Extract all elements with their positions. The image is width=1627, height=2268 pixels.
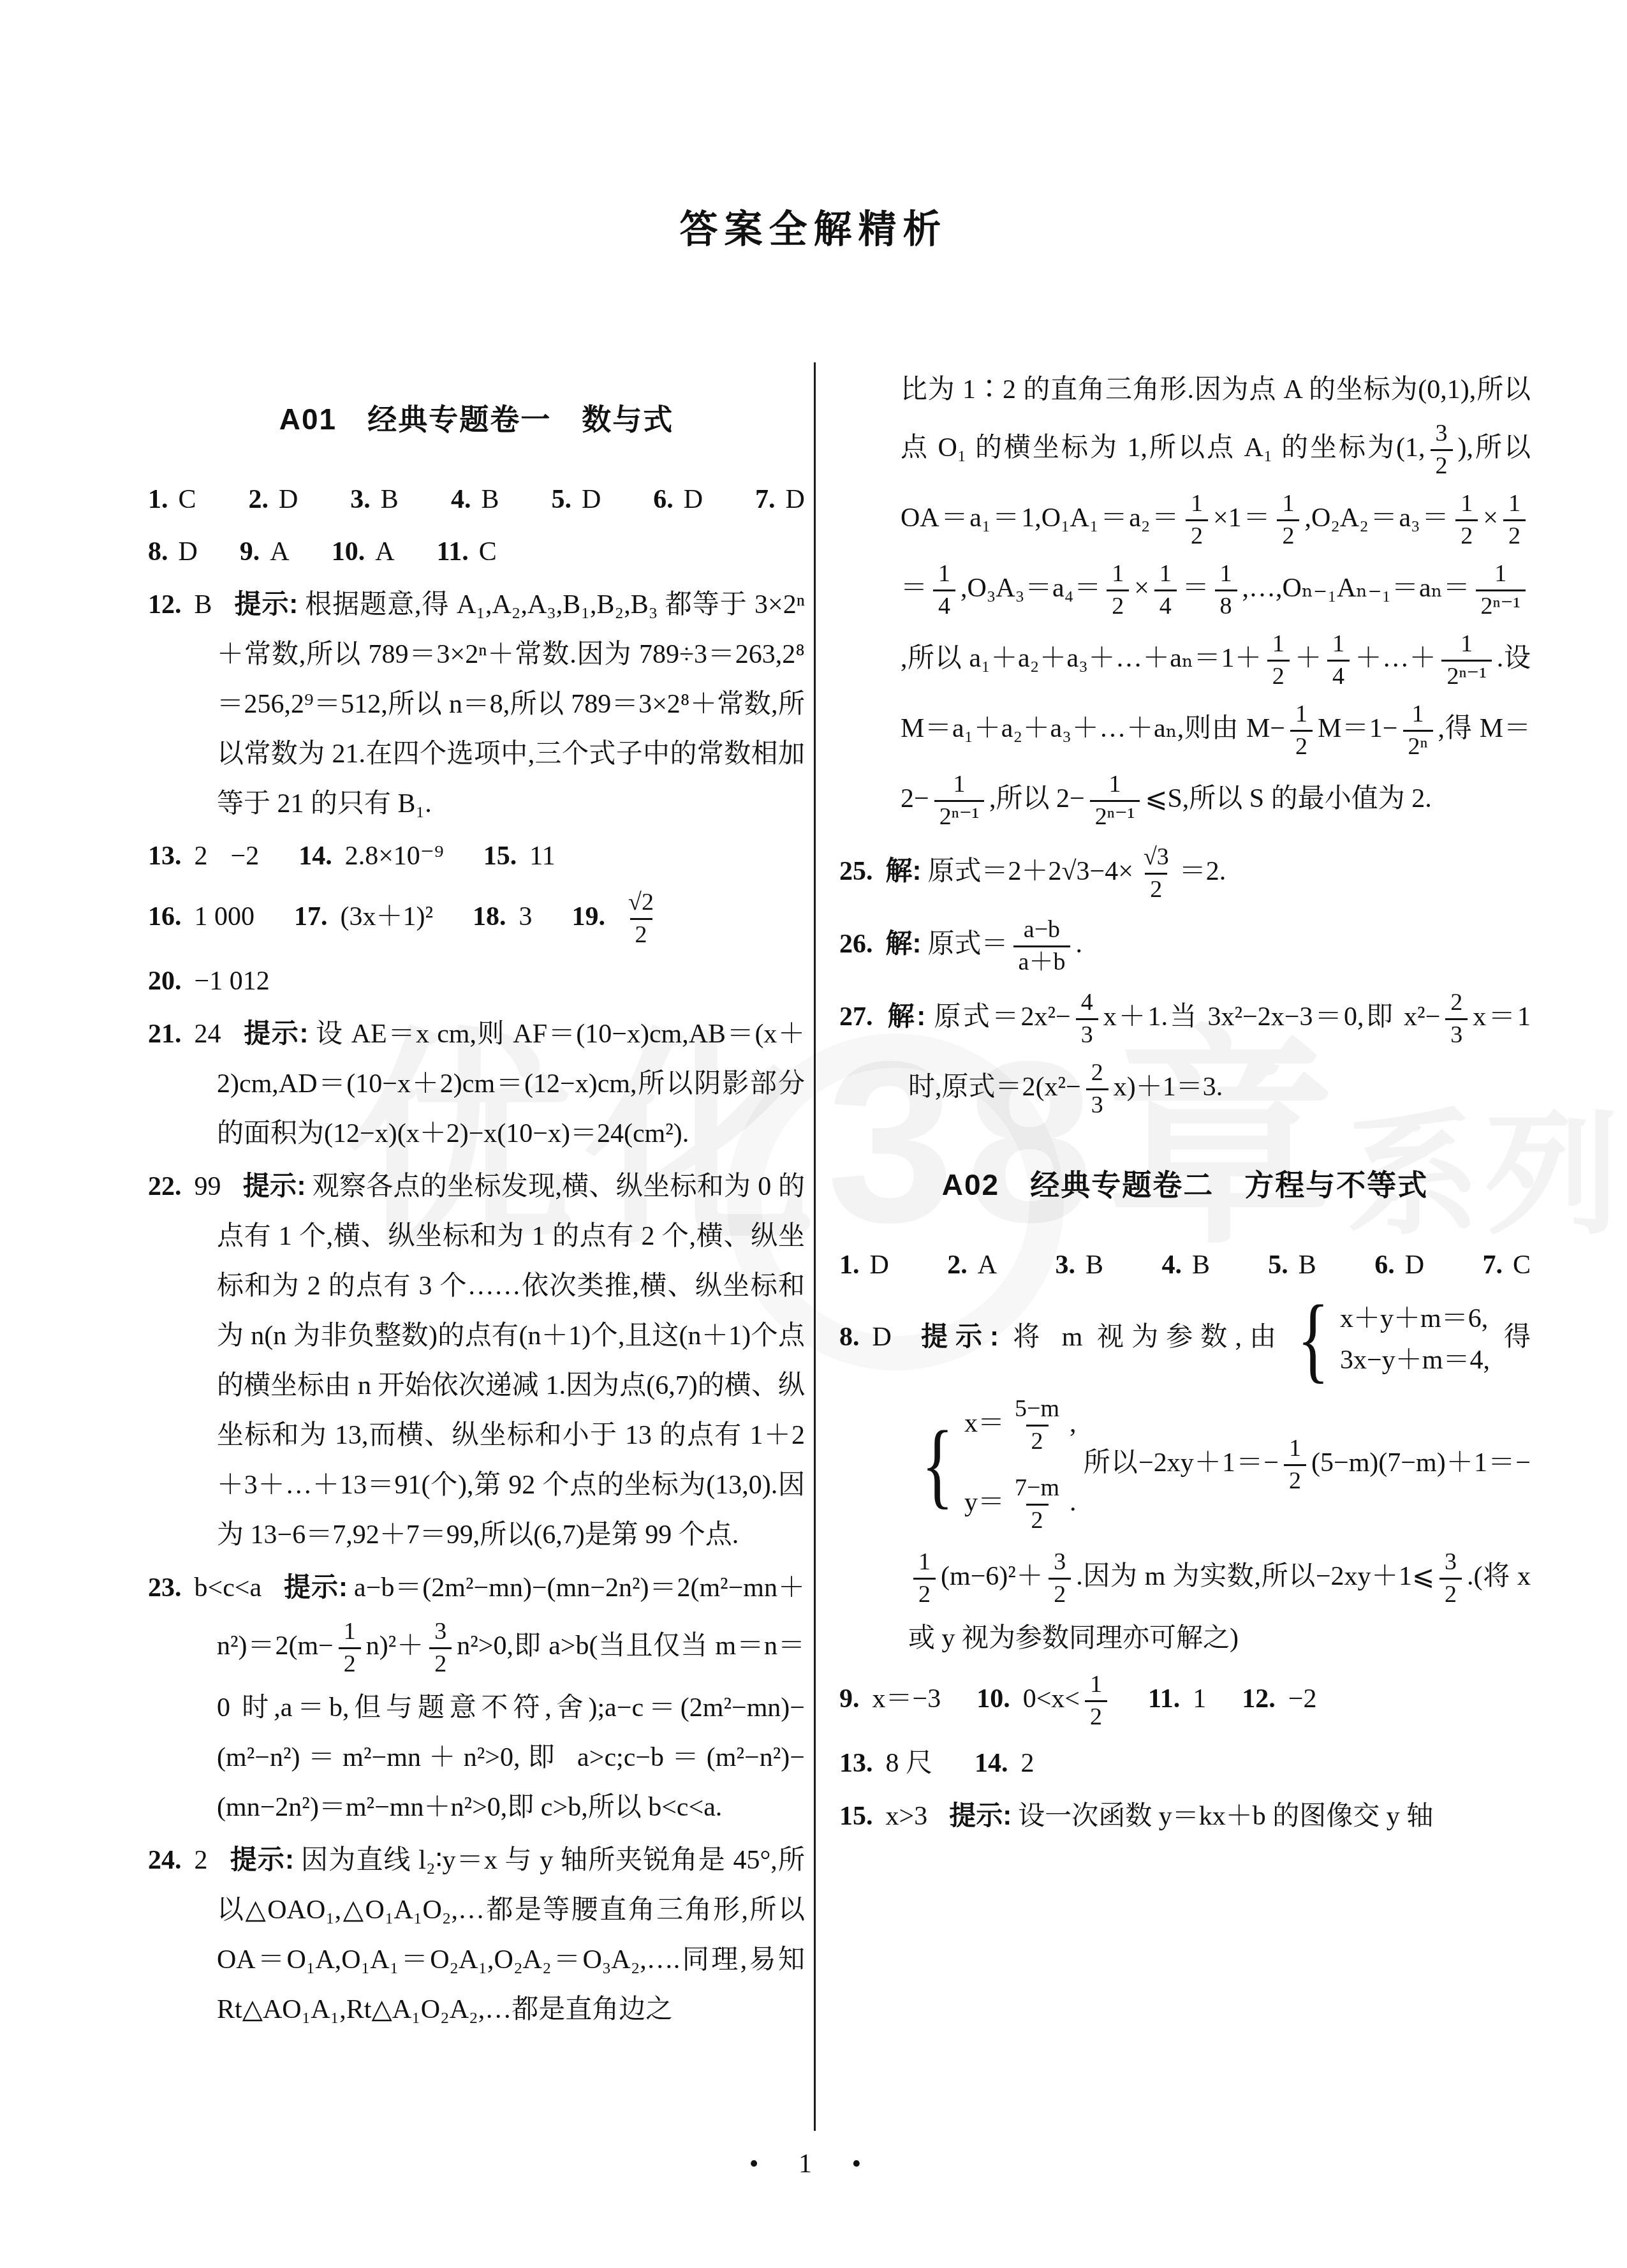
- item-number: 26.: [839, 930, 886, 959]
- answer-value: B: [1192, 1250, 1210, 1280]
- answer-pair: 1.D: [839, 1240, 889, 1290]
- text-run: ＋: [1295, 644, 1322, 673]
- answers-row-a02-1-7: 1.D2.A3.B4.B5.B6.D7.C: [839, 1240, 1531, 1290]
- fraction: 12: [1503, 489, 1526, 551]
- gap: [254, 924, 294, 925]
- text-run: ＝: [1182, 574, 1210, 603]
- fraction-denominator: 4: [933, 589, 955, 622]
- gap: [208, 1868, 230, 1869]
- fraction-denominator: 2ⁿ⁻¹: [934, 800, 984, 833]
- text-run: ,O₃A₃＝a₄＝: [961, 574, 1101, 603]
- text-run: x＋1.当 3x²−2x−3＝0,即 x²−: [1103, 1002, 1441, 1032]
- fraction: 12ⁿ⁻¹: [1090, 769, 1140, 832]
- item-25: 25.解:原式＝2＋2√3−4×√32＝2.: [839, 838, 1531, 908]
- text-run: 原式＝: [928, 930, 1008, 959]
- answer-pair: 10.A: [332, 537, 395, 567]
- item-number: 17.: [294, 902, 341, 931]
- fraction: √22: [623, 887, 659, 950]
- equation-rows: x＋y＋m＝6,3x−y＋m＝4,: [1340, 1303, 1490, 1376]
- fraction: 12: [1455, 489, 1478, 551]
- equation-row: x＋y＋m＝6,: [1340, 1303, 1490, 1335]
- fraction-denominator: 2: [429, 1647, 452, 1680]
- text-run: ＋…＋: [1355, 644, 1437, 673]
- answer-pair: 5.D: [551, 475, 601, 524]
- fraction-numerator: 4: [1076, 988, 1098, 1018]
- text-run: (3x＋1)²: [341, 902, 434, 931]
- gap: [221, 1042, 243, 1042]
- fraction-numerator: √2: [623, 887, 659, 918]
- text-run: ,O₂A₂＝a₃＝: [1304, 503, 1450, 533]
- fraction-denominator: 8: [1215, 589, 1237, 622]
- text-run: 原式＝2x²−: [932, 1002, 1071, 1032]
- fraction-denominator: 2: [1049, 1578, 1071, 1610]
- answer-pair: 9.A: [240, 537, 290, 567]
- item-21: 21.24提示:设 AE＝x cm,则 AF＝(10−x)cm,AB＝(x＋2)…: [148, 1009, 805, 1159]
- text-run: ,…,Oₙ₋₁Aₙ₋₁＝aₙ＝: [1242, 574, 1471, 603]
- fraction: 12: [1277, 489, 1299, 551]
- item-number: 22.: [148, 1172, 195, 1201]
- fraction-numerator: 3: [429, 1617, 452, 1647]
- answers-row-8-11: 8.D9.A10.A11.C: [148, 527, 805, 577]
- item-number: 19.: [572, 902, 619, 931]
- answer-pair: 7.D: [755, 475, 805, 524]
- text-run: ,所以 2−: [989, 784, 1085, 813]
- item-number: 20.: [148, 967, 195, 996]
- fraction: 32: [429, 1617, 452, 1679]
- text-run: ×: [1483, 503, 1498, 533]
- item-number: 2.: [249, 485, 279, 514]
- text-run: 2: [195, 1846, 208, 1875]
- fraction-denominator: 2ⁿ: [1403, 730, 1433, 762]
- fraction-numerator: 1: [948, 769, 970, 800]
- text-run: x＝: [964, 1409, 1005, 1438]
- section-heading-a01: A01 经典专题卷一 数与式: [148, 394, 805, 444]
- answers-row-1-7: 1.C2.D3.B4.B5.D6.D7.D: [148, 475, 805, 524]
- fraction: 12: [1085, 1670, 1107, 1732]
- text-run: 所以−2xy＋1＝−: [1083, 1448, 1279, 1478]
- fraction-numerator: 1: [1455, 489, 1478, 519]
- fraction-numerator: 1: [1503, 489, 1526, 519]
- answer-value: D: [582, 485, 601, 514]
- fraction: 43: [1076, 988, 1098, 1050]
- text-run: 3x−y＋m＝4,: [1340, 1345, 1490, 1375]
- answer-value: D: [1405, 1250, 1424, 1280]
- gap: [208, 864, 231, 864]
- hint-label: 提示:: [243, 1018, 315, 1048]
- text-run: 观察各点的坐标发现,横、纵坐标和为 0 的点有 1 个,横、纵坐标和为 1 的点…: [217, 1172, 805, 1550]
- fraction-numerator: 1: [933, 559, 955, 589]
- answers-row-20: 20.−1 012: [148, 956, 805, 1006]
- fraction-numerator: √3: [1138, 842, 1174, 873]
- text-run: 将 m 视为参数,由: [1005, 1323, 1284, 1352]
- item-number: 10.: [976, 1684, 1023, 1714]
- item-24: 24.2提示:因为直线 l₂∶y＝x 与 y 轴所夹锐角是 45°,所以△OAO…: [148, 1835, 805, 2035]
- text-run: ×: [1134, 574, 1149, 603]
- answer-pair: 1.C: [148, 475, 196, 524]
- item-number: 5.: [1268, 1250, 1299, 1280]
- text-run: ＝: [901, 574, 928, 603]
- section-heading-a02: A02 经典专题卷二 方程与不等式: [839, 1160, 1531, 1210]
- equation-row: 3x−y＋m＝4,: [1340, 1344, 1490, 1376]
- text-run: (5−m)(7−m)＋1＝−: [1311, 1448, 1531, 1478]
- item-27: 27.解:原式＝2x²−43x＋1.当 3x²−2x−3＝0,即 x²−23x＝…: [839, 984, 1531, 1124]
- fraction-numerator: 5−m: [1010, 1394, 1064, 1425]
- page-title: 答案全解精析: [0, 199, 1627, 254]
- fraction-numerator: 1: [1107, 559, 1129, 589]
- fraction-denominator: 2ⁿ⁻¹: [1090, 800, 1140, 833]
- item-number: 2.: [947, 1250, 978, 1280]
- fraction: 14: [1154, 559, 1177, 621]
- item-12: 12.B提示:根据题意,得 A₁,A₂,A₃,B₁,B₂,B₃ 都等于 3×2ⁿ…: [148, 579, 805, 829]
- answer-page: 答案全解精析 优化38章系列 A01 经典专题卷一 数与式 1.C2.D3.B4…: [0, 0, 1627, 2268]
- answer-value: A: [978, 1250, 997, 1280]
- item-number: 8.: [839, 1323, 872, 1352]
- item-number: 3.: [1055, 1250, 1086, 1280]
- text-run: 8 尺: [886, 1749, 933, 1778]
- answers-row-13-15: 13.2−214.2.8×10⁻⁹15.11: [148, 831, 805, 881]
- fraction: 12ⁿ⁻¹: [1476, 559, 1526, 621]
- text-run: 原式＝2＋2√3−4×: [928, 857, 1133, 886]
- text-run: −1 012: [195, 967, 270, 996]
- answers-row-9-12: 9.x＝−310.0<x<1211.112.−2: [839, 1666, 1531, 1736]
- fraction-numerator: 1: [1267, 629, 1290, 660]
- fraction: 12: [913, 1547, 936, 1610]
- item-number: 12.: [148, 590, 195, 619]
- item-number: 1.: [839, 1250, 870, 1280]
- fraction-denominator: 2: [1145, 873, 1167, 905]
- gap: [1112, 1707, 1148, 1707]
- fraction-numerator: 1: [1085, 1670, 1107, 1700]
- answers-row-13-14: 13.8 尺14.2: [839, 1738, 1531, 1788]
- text-run: 99: [195, 1172, 221, 1201]
- item-number: 15.: [483, 841, 530, 871]
- item-number: 5.: [551, 485, 582, 514]
- item-15: 15.x>3提示:设一次函数 y＝kx＋b 的图像交 y 轴: [839, 1791, 1531, 1841]
- text-run: 24: [195, 1019, 221, 1049]
- item-number: 6.: [1374, 1250, 1405, 1280]
- equation-row: x＝5−m2,: [964, 1390, 1077, 1460]
- answer-pair: 7.C: [1482, 1240, 1531, 1290]
- item-number: 8.: [148, 537, 179, 567]
- fraction: 32: [1439, 1547, 1462, 1610]
- item-number: 9.: [240, 537, 270, 567]
- fraction: 12: [1267, 629, 1290, 692]
- text-run: 3: [519, 902, 533, 931]
- fraction: a−ba＋b: [1013, 915, 1071, 977]
- fraction-numerator: 1: [1186, 489, 1208, 519]
- hint-label: 提示:: [949, 1800, 1018, 1830]
- fraction-numerator: 3: [1049, 1547, 1071, 1578]
- fraction: 12: [1290, 699, 1313, 762]
- item-number: 4.: [451, 485, 482, 514]
- text-run: x>3: [886, 1802, 928, 1831]
- item-number: 14.: [298, 841, 345, 871]
- text-run: 2: [1021, 1749, 1034, 1778]
- item-number: 25.: [839, 857, 886, 886]
- item-number: 13.: [148, 841, 195, 871]
- text-run: 1: [1193, 1684, 1206, 1714]
- column-divider: [814, 362, 816, 2131]
- fraction: 14: [933, 559, 955, 621]
- answer-pair: 8.D: [148, 537, 198, 567]
- text-run: ×1＝: [1213, 503, 1272, 533]
- gap: [941, 1707, 976, 1707]
- gap: [927, 1824, 949, 1825]
- gap: [1206, 1707, 1242, 1707]
- answer-pair: 11.C: [437, 537, 497, 567]
- equation-system: {x＋y＋m＝6,3x−y＋m＝4,: [1290, 1296, 1490, 1382]
- text-run: x＋y＋m＝6,: [1340, 1304, 1488, 1333]
- equation-rows: x＝5−m2,y＝7−m2.: [964, 1390, 1077, 1539]
- fraction-denominator: 2: [1290, 730, 1313, 762]
- text-run: .: [1075, 930, 1082, 959]
- item-26: 26.解:原式＝a−ba＋b.: [839, 911, 1531, 981]
- text-run: b<c<a: [195, 1573, 262, 1603]
- fraction: 12: [339, 1617, 361, 1679]
- fraction-numerator: 1: [1215, 559, 1237, 589]
- fraction-numerator: 3: [1431, 419, 1453, 449]
- fraction-denominator: 2: [630, 918, 652, 951]
- gap: [444, 864, 483, 864]
- answer-pair: 3.B: [1055, 1240, 1103, 1290]
- fraction-numerator: 1: [1284, 1434, 1306, 1464]
- answer-value: C: [1513, 1250, 1531, 1280]
- item-number: 21.: [148, 1019, 195, 1049]
- left-brace: {: [1297, 1296, 1329, 1382]
- fraction-denominator: 2: [1439, 1578, 1462, 1610]
- item-number: 4.: [1161, 1250, 1192, 1280]
- item-number: 7.: [1482, 1250, 1513, 1280]
- text-run: y＝: [964, 1488, 1005, 1517]
- item-number: 11.: [1148, 1684, 1193, 1714]
- text-run: M＝1−: [1318, 714, 1398, 743]
- gap: [533, 924, 572, 925]
- text-run: 0<x<: [1023, 1684, 1080, 1714]
- fraction: 12ⁿ: [1403, 699, 1433, 762]
- fraction-denominator: 2: [913, 1578, 936, 1610]
- text-run: 设一次函数 y＝kx＋b 的图像交 y 轴: [1018, 1802, 1433, 1831]
- fraction-denominator: 2: [1085, 1700, 1107, 1733]
- left-brace: {: [922, 1422, 953, 1508]
- item-number: 7.: [755, 485, 786, 514]
- item-number: 15.: [839, 1802, 886, 1831]
- fraction-denominator: 3: [1445, 1018, 1468, 1051]
- text-run: x＝−3: [872, 1684, 941, 1714]
- answer-value: A: [270, 537, 289, 567]
- item-number: 24.: [148, 1846, 195, 1875]
- item-number: 1.: [148, 485, 179, 514]
- answer-value: D: [786, 485, 805, 514]
- text-run: −2: [1288, 1684, 1317, 1714]
- fraction-denominator: 2: [1026, 1425, 1049, 1457]
- equation-row: y＝7−m2.: [964, 1469, 1077, 1539]
- answer-value: B: [481, 485, 499, 514]
- text-run: ,: [1070, 1409, 1077, 1438]
- text-run: −2: [231, 841, 260, 871]
- fraction-numerator: 1: [1455, 629, 1478, 660]
- item-number: 9.: [839, 1684, 872, 1714]
- answers-row-16-19: 16.1 00017.(3x＋1)²18.319.√22: [148, 884, 805, 954]
- item-number: 12.: [1242, 1684, 1288, 1714]
- text-run: x)＋1＝3.: [1114, 1072, 1223, 1102]
- answer-value: C: [179, 485, 196, 514]
- text-run: B: [195, 590, 212, 619]
- fraction: 12ⁿ⁻¹: [1441, 629, 1491, 692]
- text-run: 2.8×10⁻⁹: [345, 841, 444, 871]
- fraction: 12: [1107, 559, 1129, 621]
- hint-label: 提示:: [913, 1321, 1005, 1351]
- fraction-numerator: 2: [1086, 1058, 1108, 1088]
- gap: [259, 864, 298, 864]
- fraction: 12: [1186, 489, 1208, 551]
- gap: [932, 1771, 975, 1772]
- gap: [433, 924, 473, 925]
- fraction-numerator: 1: [1327, 629, 1350, 660]
- solution-label: 解:: [886, 1001, 932, 1031]
- hint-label: 提示:: [234, 589, 305, 619]
- fraction-numerator: 1: [1104, 769, 1126, 800]
- answer-pair: 6.D: [653, 475, 703, 524]
- equation-system: {x＝5−m2,y＝7−m2.: [915, 1390, 1077, 1539]
- item-number: 18.: [473, 902, 519, 931]
- text-run: (m−6)²＋: [941, 1562, 1043, 1591]
- item-number: 14.: [975, 1749, 1021, 1778]
- text-run: 根据题意,得 A₁,A₂,A₃,B₁,B₂,B₃ 都等于 3×2ⁿ＋常数,所以 …: [217, 590, 805, 819]
- fraction: 7−m2: [1010, 1473, 1064, 1536]
- text-run: ⩽S,所以 S 的最小值为 2.: [1145, 784, 1431, 813]
- item-number: 3.: [350, 485, 381, 514]
- fraction-denominator: a＋b: [1013, 945, 1071, 978]
- hint-label: 提示:: [283, 1572, 354, 1602]
- answer-value: D: [684, 485, 703, 514]
- item-number: 10.: [332, 537, 376, 567]
- answer-pair: 6.D: [1374, 1240, 1424, 1290]
- solution-label: 解:: [886, 856, 928, 886]
- fraction: 23: [1086, 1058, 1108, 1120]
- fraction-numerator: 7−m: [1010, 1473, 1064, 1504]
- item-22: 22.99提示:观察各点的坐标发现,横、纵坐标和为 0 的点有 1 个,横、纵坐…: [148, 1161, 805, 1560]
- item-23: 23.b<c<a提示:a−b＝(2m²−mn)−(mn−2n²)＝2(m²−mn…: [148, 1562, 805, 1832]
- item-number: 23.: [148, 1573, 195, 1603]
- answer-pair: 2.D: [249, 475, 298, 524]
- answer-value: B: [1086, 1250, 1103, 1280]
- fraction: √32: [1138, 842, 1174, 905]
- fraction-numerator: 3: [1439, 1547, 1462, 1578]
- fraction: 12: [1284, 1434, 1306, 1496]
- fraction-denominator: 2ⁿ⁻¹: [1441, 660, 1491, 692]
- gap: [892, 1345, 913, 1345]
- hint-label: 提示:: [230, 1844, 300, 1874]
- answer-value: D: [279, 485, 298, 514]
- answer-value: B: [1299, 1250, 1316, 1280]
- answer-pair: 2.A: [947, 1240, 997, 1290]
- solution-label: 解:: [886, 928, 928, 958]
- hint-label: 提示:: [243, 1171, 313, 1201]
- fraction-denominator: 4: [1327, 660, 1350, 692]
- item-number: 13.: [839, 1749, 886, 1778]
- item-number: 11.: [437, 537, 479, 567]
- fraction-numerator: 1: [1277, 489, 1299, 519]
- fraction-denominator: 2: [1107, 589, 1129, 622]
- text-run: ,所以 a₁＋a₂＋a₃＋…＋aₙ＝1＋: [901, 644, 1262, 673]
- item-8: 8.D提示:将 m 视为参数,由{x＋y＋m＝6,3x−y＋m＝4,得{x＝5−…: [839, 1293, 1531, 1663]
- fraction-numerator: 1: [1154, 559, 1177, 589]
- answer-pair: 5.B: [1268, 1240, 1316, 1290]
- fraction: 5−m2: [1010, 1394, 1064, 1456]
- text-run: 1 000: [195, 902, 255, 931]
- fraction-denominator: 2: [1026, 1504, 1049, 1536]
- fraction-numerator: 2: [1445, 988, 1468, 1018]
- answer-value: B: [381, 485, 399, 514]
- text-run: 11: [529, 841, 555, 871]
- item-24-continuation: 比为 1∶2 的直角三角形.因为点 A 的坐标为(0,1),所以点 O₁ 的横坐…: [839, 365, 1531, 836]
- answer-value: D: [870, 1250, 889, 1280]
- item-number: 27.: [839, 1002, 886, 1032]
- fraction-denominator: 3: [1086, 1088, 1108, 1121]
- page-number: • 1 •: [0, 2149, 1627, 2179]
- text-run: n)²＋: [366, 1631, 424, 1661]
- fraction-denominator: 2: [1186, 519, 1208, 552]
- right-column: 比为 1∶2 的直角三角形.因为点 A 的坐标为(0,1),所以点 O₁ 的横坐…: [839, 365, 1531, 1844]
- fraction-denominator: 2: [1277, 519, 1299, 552]
- text-run: .因为 m 为实数,所以−2xy＋1⩽: [1076, 1562, 1434, 1591]
- fraction-numerator: a−b: [1019, 915, 1065, 945]
- answer-value: D: [179, 537, 198, 567]
- item-number: 16.: [148, 902, 195, 931]
- fraction-denominator: 2: [1503, 519, 1526, 552]
- fraction: 18: [1215, 559, 1237, 621]
- fraction-numerator: 1: [1290, 699, 1313, 730]
- answer-pair: 4.B: [451, 475, 499, 524]
- text-run: 2: [195, 841, 208, 871]
- fraction-numerator: 1: [1407, 699, 1429, 730]
- fraction-denominator: 3: [1076, 1018, 1098, 1051]
- fraction: 32: [1431, 419, 1453, 481]
- fraction-denominator: 2: [1455, 519, 1478, 552]
- answer-value: C: [479, 537, 497, 567]
- fraction-denominator: 2: [339, 1647, 361, 1680]
- text-run: ＝2.: [1179, 857, 1226, 886]
- fraction-denominator: 4: [1154, 589, 1177, 622]
- answer-pair: 4.B: [1161, 1240, 1210, 1290]
- answer-pair: 3.B: [350, 475, 399, 524]
- gap: [212, 612, 234, 613]
- fraction: 23: [1445, 988, 1468, 1050]
- item-number: 6.: [653, 485, 684, 514]
- gap: [261, 1596, 283, 1596]
- fraction: 14: [1327, 629, 1350, 692]
- text-run: 因为直线 l₂∶y＝x 与 y 轴所夹锐角是 45°,所以△OAO₁,△O₁A₁…: [217, 1846, 805, 2024]
- fraction-denominator: 2ⁿ⁻¹: [1476, 589, 1526, 622]
- fraction-denominator: 2: [1267, 660, 1290, 692]
- fraction-denominator: 2: [1284, 1464, 1306, 1497]
- gap: [221, 1194, 243, 1195]
- fraction: 12ⁿ⁻¹: [934, 769, 984, 832]
- fraction-numerator: 1: [339, 1617, 361, 1647]
- left-column: A01 经典专题卷一 数与式 1.C2.D3.B4.B5.D6.D7.D 8.D…: [148, 388, 805, 2037]
- fraction-denominator: 2: [1431, 449, 1453, 482]
- text-run: 得: [1496, 1323, 1531, 1352]
- text-run: .: [1070, 1488, 1077, 1517]
- fraction-numerator: 1: [913, 1547, 936, 1578]
- fraction-numerator: 1: [1489, 559, 1512, 589]
- fraction: 32: [1049, 1547, 1071, 1610]
- answer-value: A: [375, 537, 394, 567]
- text-run: D: [872, 1323, 892, 1352]
